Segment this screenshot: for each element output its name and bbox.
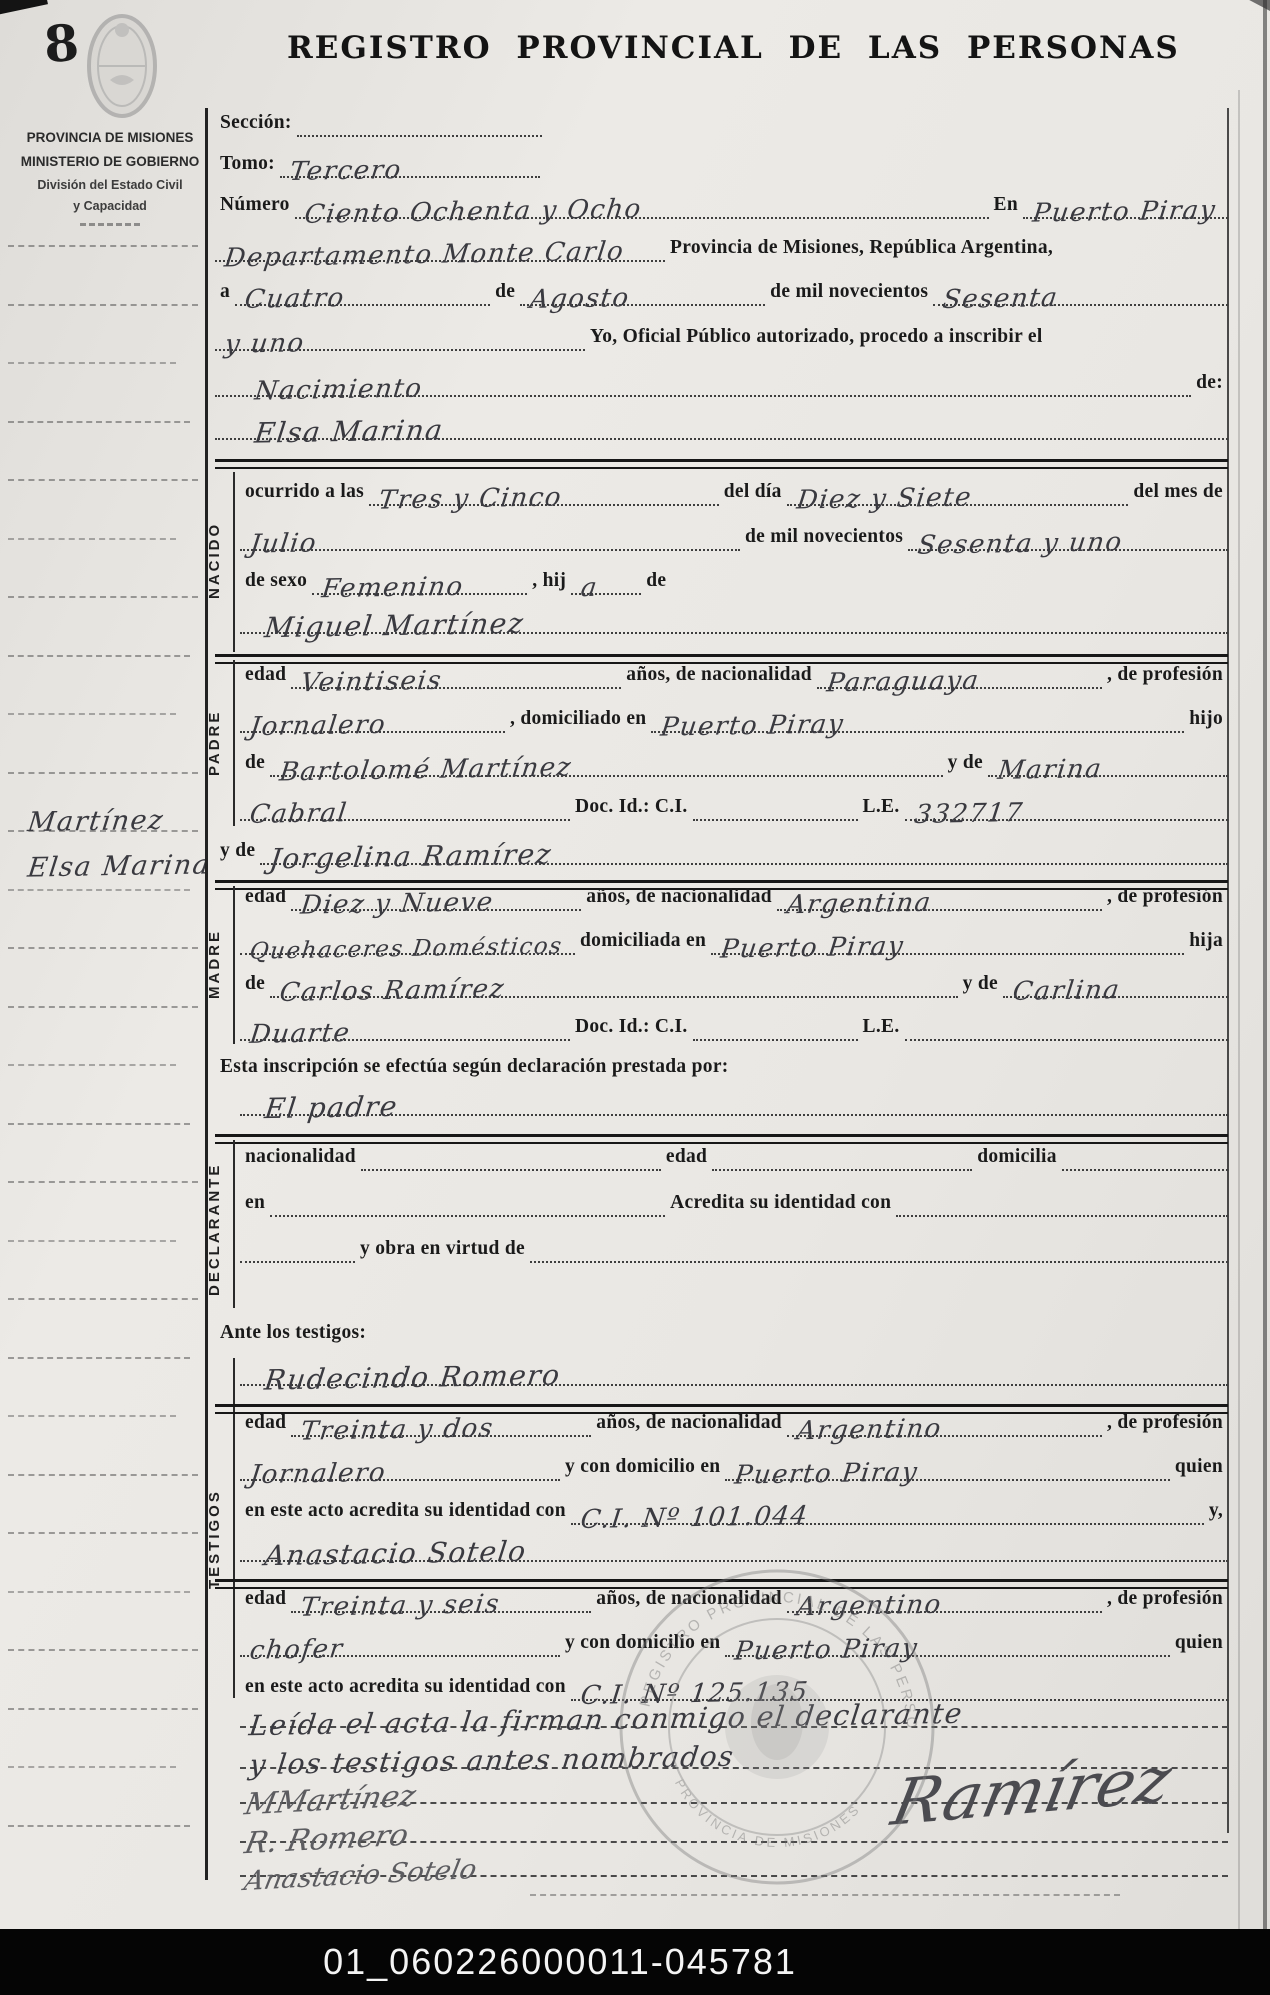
anio-nac-field: Sesenta y uno — [908, 531, 1228, 551]
numero-value: Ciento Ochenta y Ocho — [293, 196, 653, 228]
firma-testigo-1: R. Romero — [236, 1820, 417, 1859]
tomo-label: Tomo: — [215, 153, 280, 178]
t1-acred-label: en este acto acredita su identidad con — [240, 1500, 571, 1525]
margin-rule-line — [8, 479, 198, 481]
declarante-en-field — [270, 1215, 665, 1217]
letterhead-rule — [80, 223, 140, 226]
padre-nac-label: años, de nacionalidad — [621, 664, 817, 689]
margin-rule-line — [8, 947, 198, 949]
mes-field: Agosto — [520, 286, 765, 306]
declarante-obra-pre-field — [240, 1261, 355, 1263]
lugar-value: Puerto Piray — [1021, 197, 1228, 227]
padre-nombre-value: Miguel Martínez — [253, 610, 536, 643]
madre-de-label: de — [240, 973, 270, 998]
margin-rule-line — [8, 1415, 176, 1417]
row-t2-nombre: Anastacio Sotelo — [240, 1540, 1228, 1562]
padre-yde-label: y de — [943, 752, 988, 777]
margin-rule-line — [8, 596, 198, 598]
abuela-p-field: Marina — [988, 757, 1228, 777]
scan-code: 01_060226000011-045781 — [323, 1941, 797, 1983]
margin-rule-line — [8, 1532, 198, 1534]
t2-edad-value: Treinta y seis — [289, 1591, 511, 1621]
tomo-field: Tercero — [280, 158, 540, 178]
padre-domicilio-field: Puerto Piray — [651, 713, 1184, 733]
row-madre-doc: Duarte Doc. Id.: C.I. L.E. — [240, 1016, 1228, 1041]
svg-text:PROVINCIA DE MISIONES: PROVINCIA DE MISIONES — [672, 1777, 864, 1851]
letterhead: PROVINCIA DE MISIONES MINISTERIO DE GOBI… — [18, 126, 202, 226]
t1-nacionalidad-value: Argentino — [785, 1416, 953, 1445]
row-padre-profesion: Jornalero , domiciliado en Puerto Piray … — [240, 708, 1228, 733]
margin-rule-line — [8, 421, 190, 423]
madre-profesion-field: Quehaceres Domésticos — [240, 938, 575, 955]
tomo-value: Tercero — [278, 157, 413, 185]
margin-rule-line — [8, 1825, 190, 1827]
margin-rule-line — [8, 1298, 198, 1300]
madre-profesion-value: Quehaceres Domésticos — [238, 935, 574, 964]
margin-rule-line — [8, 889, 190, 891]
form-right-border — [1227, 108, 1229, 1833]
declarante-intro-label: Esta inscripción se efectúa según declar… — [215, 1056, 734, 1081]
dia-nac-value: Diez y Siete — [785, 484, 983, 513]
row-t1-edad: edad Treinta y dos años, de nacionalidad… — [240, 1412, 1228, 1437]
madre-yde-label: y de — [215, 840, 260, 865]
stamp-arc-bottom-text: PROVINCIA DE MISIONES — [672, 1777, 864, 1851]
numero-label: Número — [215, 194, 295, 219]
row-departamento: Departamento Monte Carlo Provincia de Mi… — [215, 237, 1228, 262]
ocurrido-label: ocurrido a las — [240, 481, 369, 506]
row-fecha: a Cuatro de Agosto de mil novecientos Se… — [215, 281, 1228, 306]
madre-edad-field: Diez y Nueve — [291, 891, 581, 911]
hora-value: Tres y Cinco — [367, 484, 574, 514]
hij-label: , hij — [527, 570, 571, 595]
margin-rule-line — [8, 1708, 198, 1710]
margin-rule-line — [8, 1181, 198, 1183]
section-bracket — [233, 472, 235, 652]
testigos-intro-label: Ante los testigos: — [215, 1322, 371, 1347]
margin-lines — [8, 245, 203, 1885]
margin-rule-line — [8, 772, 198, 774]
en-label: En — [989, 194, 1023, 219]
seccion-field — [297, 135, 542, 137]
padre-profesion-field: Jornalero — [240, 713, 505, 733]
letterhead-line: División del Estado Civil — [18, 175, 202, 196]
abuela-p-cont-field: Cabral — [240, 801, 570, 821]
margin-rule-line — [8, 1006, 198, 1008]
margin-rule-line — [8, 1591, 190, 1593]
page-number: 8 — [42, 13, 81, 74]
declarante-nac-label: nacionalidad — [240, 1146, 361, 1171]
t2-acred-label: en este acto acredita su identidad con — [240, 1676, 571, 1701]
madre-edad-label: edad — [240, 886, 291, 911]
margin-rule-line — [8, 362, 176, 364]
margin-note-surname: Martínez — [16, 807, 175, 837]
padre-nacionalidad-field: Paraguaya — [817, 669, 1102, 689]
madre-nac-label: años, de nacionalidad — [581, 886, 777, 911]
row-declarante-intro: Esta inscripción se efectúa según declar… — [215, 1056, 1228, 1081]
t1-domicilio-value: Puerto Piray — [724, 1459, 931, 1489]
t1-domicilio-field: Puerto Piray — [725, 1461, 1169, 1481]
margin-rule-line — [8, 304, 198, 306]
row-declarante-datos: nacionalidad edad domicilia — [240, 1146, 1228, 1171]
del-mes-label: del mes de — [1128, 481, 1228, 506]
anio-field: Sesenta — [933, 286, 1228, 306]
t1-nac-label: años, de nacionalidad — [591, 1412, 787, 1437]
madre-nacionalidad-field: Argentina — [777, 891, 1102, 911]
inscripto-value: Elsa Marina — [243, 416, 455, 448]
section-rule — [215, 459, 1228, 469]
mil-nac-label: de mil novecientos — [740, 526, 908, 551]
t2-profesion-value: chofer — [238, 1636, 355, 1664]
declarante-edad-label: edad — [661, 1146, 712, 1171]
padre-nombre-field: Miguel Martínez — [240, 612, 1228, 634]
a-label: a — [215, 281, 235, 306]
abuela-m-cont-value: Duarte — [238, 1020, 362, 1048]
row-declarante-en: en Acredita su identidad con — [240, 1192, 1228, 1217]
acta-field: Nacimiento — [215, 377, 1191, 397]
madre-nombre-field: Jorgelina Ramírez — [260, 843, 1228, 865]
abuela-m-value: Carlina — [1001, 977, 1132, 1005]
t1-profesion-field: Jornalero — [240, 1461, 560, 1481]
madre-domicilio-value: Puerto Piray — [709, 933, 916, 963]
dia-field: Cuatro — [235, 286, 490, 306]
section-rule — [215, 654, 1228, 664]
abuela-p-cont-value: Cabral — [238, 800, 359, 828]
row-madre-profesion: Quehaceres Domésticos domiciliada en Pue… — [240, 930, 1228, 955]
padre-dom-label: , domiciliado en — [505, 708, 651, 733]
row-t1-doc: en este acto acredita su identidad con C… — [240, 1500, 1228, 1525]
declarante-edad-field — [712, 1169, 972, 1171]
madre-yde2-label: y de — [958, 973, 1003, 998]
t1-quien-label: quien — [1170, 1456, 1228, 1481]
padre-le-label: L.E. — [858, 796, 905, 821]
abuelo-m-value: Carlos Ramírez — [268, 976, 516, 1006]
abuelo-p-field: Bartolomé Martínez — [270, 757, 943, 777]
t1-nacionalidad-field: Argentino — [787, 1417, 1102, 1437]
declarante-obra-field — [530, 1261, 1228, 1263]
page-edge-line — [1238, 90, 1240, 1930]
madre-ci-field — [693, 1039, 858, 1041]
letterhead-line: MINISTERIO DE GOBIERNO — [18, 150, 202, 174]
section-rule — [215, 1134, 1228, 1144]
de-nac-label: de — [641, 570, 671, 595]
page-title: REGISTRO PROVINCIAL DE LAS PERSONAS — [287, 30, 1180, 66]
declarante-por-field: El padre — [240, 1094, 1228, 1116]
madre-edad-value: Diez y Nueve — [289, 889, 505, 919]
row-acta: Nacimiento de: — [215, 372, 1228, 397]
declarante-dom-label: domicilia — [972, 1146, 1062, 1171]
t1-edad-label: edad — [240, 1412, 291, 1437]
t2-prof-label: , de profesión — [1102, 1588, 1228, 1613]
inscripto-field: Elsa Marina — [215, 418, 1228, 440]
t1-y-label: y, — [1204, 1500, 1228, 1525]
abuela-m-cont-field: Duarte — [240, 1021, 570, 1041]
t1-doc-field: C.I. Nº 101.044 — [571, 1505, 1204, 1525]
declarante-dom-field — [1062, 1169, 1228, 1171]
section-label-madre: MADRE — [206, 892, 232, 1037]
de-label: de — [490, 281, 520, 306]
official-round-stamp: REGISTRO PROVINCIAL DE LAS PERSONAS PROV… — [612, 1562, 942, 1892]
margin-rule-line — [8, 1766, 176, 1768]
madre-le-field — [905, 1039, 1228, 1041]
padre-domicilio-value: Puerto Piray — [650, 711, 857, 741]
margin-rule-line — [8, 1357, 190, 1359]
t1-prof-label: , de profesión — [1102, 1412, 1228, 1437]
dia-value: Cuatro — [233, 285, 356, 313]
row-nacido-sexo: de sexo Femenino , hij a de — [240, 570, 1228, 595]
padre-profesion-value: Jornalero — [238, 712, 398, 741]
margin-rule-line — [8, 1649, 198, 1651]
t2-profesion-field: chofer — [240, 1637, 560, 1657]
row-anio-cont: y uno Yo, Oficial Público autorizado, pr… — [215, 326, 1228, 351]
row-seccion: Sección: — [215, 112, 1228, 137]
lugar-field: Puerto Piray — [1023, 199, 1228, 219]
declarante-acredita-field — [896, 1215, 1228, 1217]
madre-prof-label: , de profesión — [1102, 886, 1228, 911]
t1-nombre-field: Rudecindo Romero — [240, 1364, 1228, 1386]
scan-footer-bar: 01_060226000011-045781 — [0, 1929, 1270, 1995]
t2-nombre-value: Anastacio Sotelo — [253, 1538, 538, 1571]
firma-testigo-2: Anastacio Sotelo — [236, 1856, 485, 1896]
row-madre-nombre: y de Jorgelina Ramírez — [215, 840, 1228, 865]
row-nacido-hora: ocurrido a las Tres y Cinco del día Diez… — [240, 481, 1228, 506]
row-numero: Número Ciento Ochenta y Ocho En Puerto P… — [215, 194, 1228, 219]
anio-cont-value: y uno — [213, 330, 316, 358]
coat-of-arms — [82, 10, 162, 122]
abuela-p-value: Marina — [986, 756, 1114, 784]
row-declarante-por: El padre — [240, 1094, 1228, 1116]
t2-quien-label: quien — [1170, 1632, 1228, 1657]
numero-field: Ciento Ochenta y Ocho — [295, 199, 989, 219]
margin-note: Martínez Elsa Marina — [18, 808, 220, 880]
t2-nombre-field: Anastacio Sotelo — [240, 1540, 1228, 1562]
padre-hijo-label: hijo — [1184, 708, 1228, 733]
madre-hija-label: hija — [1184, 930, 1228, 955]
madre-nombre-value: Jorgelina Ramírez — [258, 840, 564, 873]
anio-nac-value: Sesenta y uno — [906, 529, 1134, 559]
section-label-padre: PADRE — [206, 668, 232, 818]
row-nacido-padre: Miguel Martínez — [240, 612, 1228, 634]
mes-nac-field: Julio — [240, 531, 740, 551]
margin-rule-line — [8, 538, 176, 540]
anio-value: Sesenta — [932, 285, 1071, 313]
madre-dom-label: domiciliada en — [575, 930, 711, 955]
section-label-nacido: NACIDO — [206, 480, 232, 640]
row-madre-abuelos: de Carlos Ramírez y de Carlina — [240, 973, 1228, 998]
padre-edad-field: Veintiseis — [291, 669, 621, 689]
margin-rule-line — [8, 713, 176, 715]
provincia-label: Provincia de Misiones, República Argenti… — [665, 237, 1058, 262]
margin-rule-line — [8, 655, 190, 657]
t2-edad-field: Treinta y seis — [291, 1593, 591, 1613]
padre-nacionalidad-value: Paraguaya — [815, 667, 991, 696]
row-padre-doc: Cabral Doc. Id.: C.I. L.E. 332717 — [240, 796, 1228, 821]
mes-nac-value: Julio — [238, 530, 328, 558]
margin-rule-line — [8, 1123, 190, 1125]
t1-doc-value: C.I. Nº 101.044 — [569, 1503, 820, 1533]
departamento-field: Departamento Monte Carlo — [215, 242, 665, 262]
t2-edad-label: edad — [240, 1588, 291, 1613]
section-bracket — [233, 886, 235, 1044]
padre-edad-value: Veintiseis — [290, 668, 455, 697]
declarante-en-label: en — [240, 1192, 270, 1217]
declarante-acredita-label: Acredita su identidad con — [665, 1192, 896, 1217]
abuelo-p-value: Bartolomé Martínez — [268, 754, 583, 785]
padre-edad-label: edad — [240, 664, 291, 689]
sexo-value: Femenino — [310, 574, 475, 603]
section-label-testigos: TESTIGOS — [206, 1432, 232, 1647]
firma-declarante: MMartínez — [236, 1781, 424, 1820]
de-colon-label: de: — [1191, 372, 1228, 397]
sexo-label: de sexo — [240, 570, 312, 595]
signature-line — [530, 1894, 1120, 1896]
madre-doc-label: Doc. Id.: C.I. — [570, 1016, 693, 1041]
margin-rule-line — [8, 245, 198, 247]
row-padre-edad: edad Veintiseis años, de nacionalidad Pa… — [240, 664, 1228, 689]
scan-corner-artifact — [0, 0, 48, 16]
margin-rule-line — [8, 1064, 176, 1066]
oficial-label: Yo, Oficial Público autorizado, procedo … — [585, 326, 1048, 351]
row-declarante-obra: y obra en virtud de — [240, 1238, 1228, 1263]
mes-value: Agosto — [518, 285, 641, 313]
declarante-nac-field — [361, 1169, 661, 1171]
declarante-obra-label: y obra en virtud de — [355, 1238, 530, 1263]
padre-prof-label: , de profesión — [1102, 664, 1228, 689]
declarante-por-value: El padre — [253, 1093, 410, 1124]
sexo-field: Femenino — [312, 575, 527, 595]
hora-field: Tres y Cinco — [369, 486, 719, 506]
t1-dom-label: y con domicilio en — [560, 1456, 725, 1481]
anio-cont-field: y uno — [215, 331, 585, 351]
mil-label: de mil novecientos — [765, 281, 933, 306]
row-padre-abuelos: de Bartolomé Martínez y de Marina — [240, 752, 1228, 777]
row-nacido-mes: Julio de mil novecientos Sesenta y uno — [240, 526, 1228, 551]
padre-le-value: 332717 — [903, 800, 1035, 828]
row-madre-edad: edad Diez y Nueve años, de nacionalidad … — [240, 886, 1228, 911]
section-bracket — [233, 1140, 235, 1308]
letterhead-line: y Capacidad — [18, 196, 202, 217]
padre-de-label: de — [240, 752, 270, 777]
madre-le-label: L.E. — [858, 1016, 905, 1041]
padre-le-field: 332717 — [905, 801, 1228, 821]
row-testigos-intro: Ante los testigos: — [215, 1322, 1228, 1347]
page-right-edge — [1263, 0, 1267, 1995]
dia-nac-field: Diez y Siete — [787, 486, 1129, 506]
margin-rule-line — [8, 1474, 198, 1476]
row-t1-profesion: Jornalero y con domicilio en Puerto Pira… — [240, 1456, 1228, 1481]
madre-domicilio-field: Puerto Piray — [711, 935, 1184, 955]
t1-profesion-value: Jornalero — [238, 1460, 398, 1489]
section-bracket — [233, 660, 235, 826]
del-dia-label: del día — [719, 481, 787, 506]
row-tomo: Tomo: Tercero — [215, 153, 1228, 178]
abuela-m-field: Carlina — [1003, 978, 1228, 998]
hij-value: a — [570, 575, 610, 602]
departamento-value: Departamento Monte Carlo — [213, 238, 636, 271]
margin-rule-line — [8, 1240, 176, 1242]
padre-doc-label: Doc. Id.: C.I. — [570, 796, 693, 821]
row-inscripto: Elsa Marina — [215, 418, 1228, 440]
seccion-label: Sección: — [215, 112, 297, 137]
hij-field: a — [571, 575, 641, 595]
letterhead-line: PROVINCIA DE MISIONES — [18, 126, 202, 150]
t1-edad-value: Treinta y dos — [289, 1415, 505, 1445]
margin-note-given: Elsa Marina — [16, 851, 222, 882]
t1-edad-field: Treinta y dos — [291, 1417, 591, 1437]
padre-ci-field — [693, 819, 858, 821]
abuelo-m-field: Carlos Ramírez — [270, 978, 958, 998]
acta-value: Nacimiento — [243, 375, 434, 404]
madre-nacionalidad-value: Argentina — [775, 890, 943, 919]
row-t1-nombre: Rudecindo Romero — [240, 1364, 1228, 1386]
t1-nombre-value: Rudecindo Romero — [253, 1361, 572, 1394]
section-label-declarante: DECLARANTE — [206, 1142, 232, 1317]
